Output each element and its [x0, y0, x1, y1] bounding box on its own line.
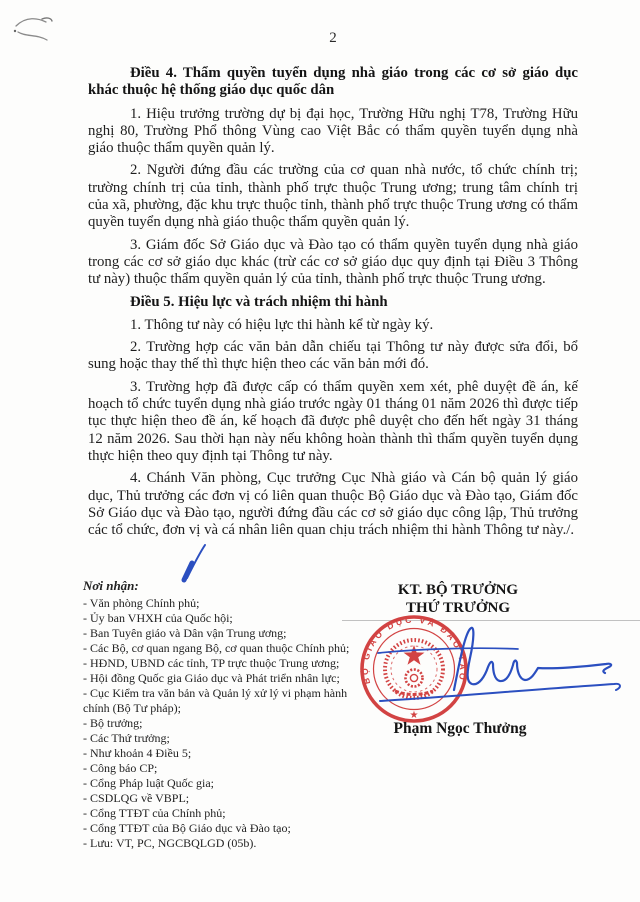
recipient-item: - Văn phòng Chính phủ; [83, 596, 361, 611]
recipient-item: - HĐND, UBND các tỉnh, TP trực thuộc Tru… [83, 656, 361, 671]
article-5-paragraph-4: 4. Chánh Văn phòng, Cục trưởng Cục Nhà g… [88, 470, 578, 539]
article-5-paragraph-1: 1. Thông tư này có hiệu lực thi hành kể … [88, 317, 578, 334]
signing-authority: KT. BỘ TRƯỞNG [368, 581, 548, 599]
recipient-item: - Cổng TTĐT của Chính phủ; [83, 806, 361, 821]
article-5-heading: Điều 5. Hiệu lực và trách nhiệm thi hành [88, 294, 578, 311]
article-5-paragraph-2: 2. Trường hợp các văn bản dẫn chiếu tại … [88, 339, 578, 374]
recipient-item: - Ủy ban VHXH của Quốc hội; [83, 611, 361, 626]
corner-pen-scribble-icon [6, 4, 76, 46]
article-4-paragraph-2: 2. Người đứng đầu các trường của cơ quan… [88, 162, 578, 231]
recipient-item: - Các Bộ, cơ quan ngang Bộ, cơ quan thuộ… [83, 641, 361, 656]
recipient-item: - Như khoản 4 Điều 5; [83, 746, 361, 761]
article-4-heading: Điều 4. Thẩm quyền tuyển dụng nhà giáo t… [88, 65, 578, 100]
recipient-item: - Hội đồng Quốc gia Giáo dục và Phát tri… [83, 671, 361, 686]
recipients-label: Nơi nhận: [83, 578, 361, 593]
recipient-item: - Lưu: VT, PC, NGCBQLGD (05b). [83, 836, 361, 851]
recipient-item: - Công báo CP; [83, 761, 361, 776]
article-4-paragraph-1: 1. Hiệu trưởng trường dự bị đại học, Trư… [88, 106, 578, 158]
recipient-item: - CSDLQG về VBPL; [83, 791, 361, 806]
document-page: 2 Điều 4. Thẩm quyền tuyển dụng nhà giáo… [0, 0, 640, 902]
article-5-paragraph-3: 3. Trường hợp đã được cấp có thẩm quyền … [88, 379, 578, 465]
recipients-block: Nơi nhận: - Văn phòng Chính phủ; - Ủy ba… [83, 578, 361, 851]
recipient-item: - Ban Tuyên giáo và Dân vận Trung ương; [83, 626, 361, 641]
article-4-paragraph-3: 3. Giám đốc Sở Giáo dục và Đào tạo có th… [88, 237, 578, 289]
recipient-item: - Cổng Pháp luật Quốc gia; [83, 776, 361, 791]
recipient-item: - Cổng TTĐT của Bộ Giáo dục và Đào tạo; [83, 821, 361, 836]
handwritten-signature-icon [358, 618, 640, 712]
signer-name: Phạm Ngọc Thưởng [360, 720, 560, 738]
document-body: Điều 4. Thẩm quyền tuyển dụng nhà giáo t… [88, 63, 578, 544]
recipient-item: - Các Thứ trưởng; [83, 731, 361, 746]
page-number: 2 [88, 30, 578, 47]
recipient-item: - Cục Kiểm tra văn bản và Quản lý xử lý … [83, 686, 361, 716]
recipient-item: - Bộ trưởng; [83, 716, 361, 731]
